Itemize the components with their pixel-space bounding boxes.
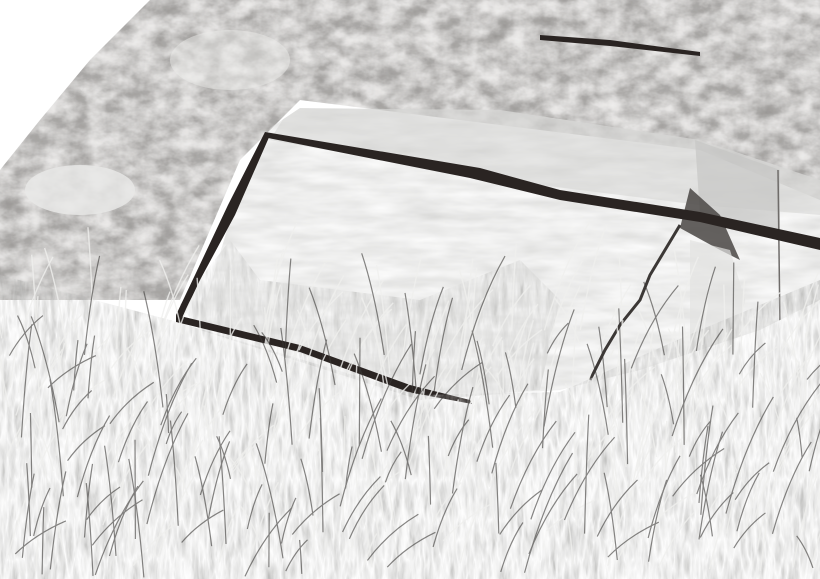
photo-canvas <box>0 0 820 579</box>
photograph <box>0 0 820 579</box>
